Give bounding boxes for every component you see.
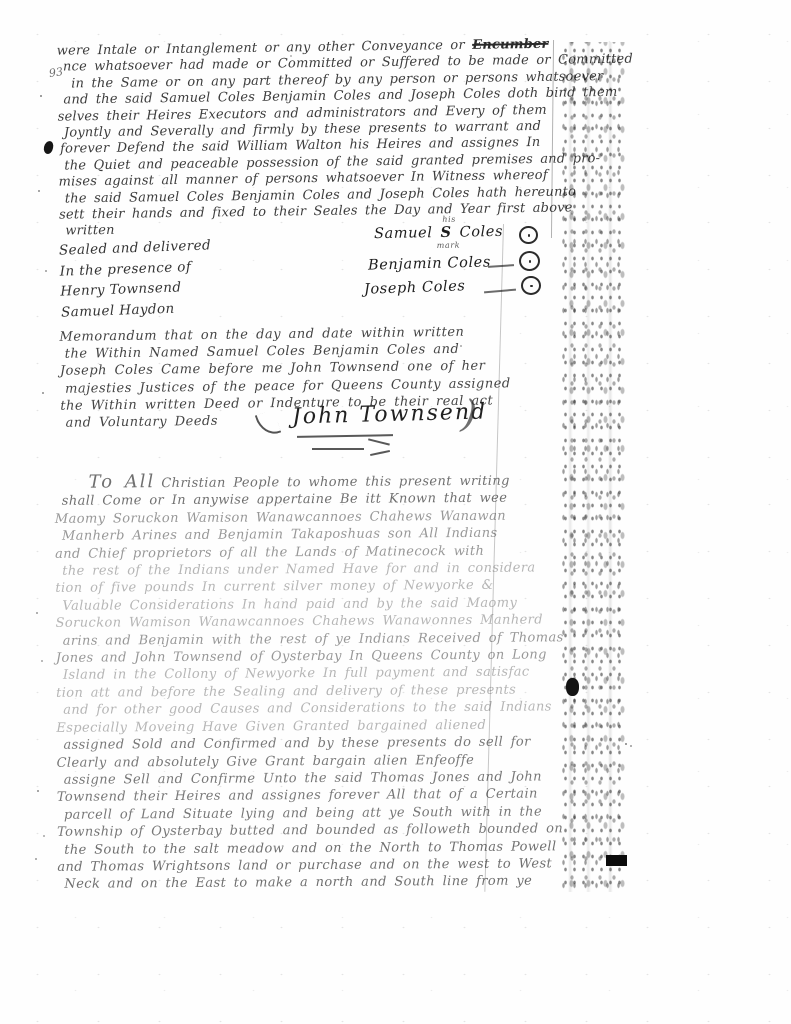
signature-flourish [370, 450, 390, 456]
wax-seal [521, 276, 541, 295]
struck-word: Encumber [472, 37, 548, 53]
signature-name: Samuel [374, 225, 433, 242]
deed-paragraph-2: To AllChristian People to whome this pre… [55, 470, 588, 893]
signature-samuel-coles: SamuelhisSmarkColes [374, 223, 503, 242]
witness-block: Sealed and delivered In the presence of … [59, 235, 214, 322]
document-scan: 93 were Intale or Intanglement or any ot… [0, 0, 791, 1024]
signature-john-townsend: John Townsend [292, 399, 488, 429]
manuscript-line: Neck and on the East to make a north and… [64, 872, 587, 893]
signature-benjamin-coles: Benjamin Coles [368, 254, 491, 273]
witness-signature: Samuel Haydon [61, 297, 214, 323]
signature-flourish [312, 448, 364, 450]
deed-paragraph-1: were Intale or Intanglement or any other… [57, 36, 580, 240]
signature-flourish [368, 438, 390, 445]
signature-name: Coles [459, 224, 503, 241]
mark-label-his: his [442, 215, 456, 224]
ink-blot [43, 140, 55, 155]
signature-joseph-coles: Joseph Coles [364, 278, 466, 298]
signature-flourish [297, 434, 393, 437]
scan-specks [40, 95, 42, 97]
manuscript-text: Christian People to whome this present w… [161, 474, 510, 491]
mark-letter: S [440, 224, 451, 241]
flourish-paren: ) [460, 391, 479, 436]
signature-dash [484, 289, 516, 293]
wax-seal [519, 226, 538, 244]
wax-seal [519, 251, 540, 271]
signature-mark: hisSmark [440, 224, 451, 241]
ink-blot [566, 678, 579, 696]
mark-label-mark: mark [437, 241, 461, 250]
opening-words: To All [89, 471, 156, 492]
scan-edge-mark [606, 855, 627, 866]
